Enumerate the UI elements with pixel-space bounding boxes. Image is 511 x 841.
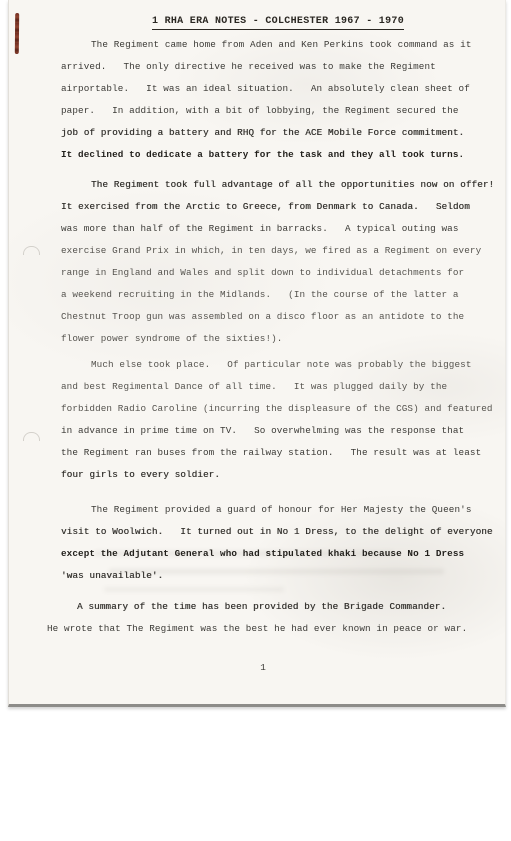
text-line: forbidden Radio Caroline (incurring the … [61,398,501,420]
text-line: paper. In addition, with a bit of lobbyi… [61,100,501,122]
text-line: It exercised from the Arctic to Greece, … [61,196,501,218]
text-line: was more than half of the Regiment in ba… [61,218,501,240]
text-line: The Regiment provided a guard of honour … [61,499,501,521]
text-line: job of providing a battery and RHQ for t… [61,122,501,144]
text-line: a weekend recruiting in the Midlands. (I… [61,284,501,306]
text-line: airportable. It was an ideal situation. … [61,78,501,100]
document-title: 1 RHA ERA NOTES - COLCHESTER 1967 - 1970 [152,16,404,30]
scanned-page: 1 RHA ERA NOTES - COLCHESTER 1967 - 1970… [8,0,506,707]
red-binding-mark [15,13,19,54]
text-line: A summary of the time has been provided … [47,596,501,618]
text-line: The Regiment came home from Aden and Ken… [61,34,501,56]
paragraph-1: The Regiment came home from Aden and Ken… [61,34,501,166]
text-line: exercise Grand Prix in which, in ten day… [61,240,501,262]
paragraph-5: A summary of the time has been provided … [47,596,501,640]
text-line: four girls to every soldier. [61,464,501,486]
scan-background: 1 RHA ERA NOTES - COLCHESTER 1967 - 1970… [0,0,511,841]
text-line: range in England and Wales and split dow… [61,262,501,284]
text-line: Much else took place. Of particular note… [61,354,501,376]
paragraph-3: Much else took place. Of particular note… [61,354,501,486]
text-line: 'was unavailable'. [61,565,501,587]
text-line: arrived. The only directive he received … [61,56,501,78]
text-line: in advance in prime time on TV. So overw… [61,420,501,442]
paragraph-2: The Regiment took full advantage of all … [61,174,501,350]
text-line: The Regiment took full advantage of all … [61,174,501,196]
text-line: and best Regimental Dance of all time. I… [61,376,501,398]
text-line: It declined to dedicate a battery for th… [61,144,501,166]
document-body: The Regiment came home from Aden and Ken… [61,34,501,673]
text-line: the Regiment ran buses from the railway … [61,442,501,464]
text-line: flower power syndrome of the sixties!). [61,328,501,350]
hole-punch-mark-bottom [23,432,40,441]
title-row: 1 RHA ERA NOTES - COLCHESTER 1967 - 1970 [61,10,495,30]
text-line: Chestnut Troop gun was assembled on a di… [61,306,501,328]
text-line: except the Adjutant General who had stip… [61,543,501,565]
hole-punch-mark-top [23,246,40,255]
page-number: 1 [43,662,483,673]
paragraph-4: The Regiment provided a guard of honour … [61,499,501,587]
text-line: visit to Woolwich. It turned out in No 1… [61,521,501,543]
text-line: He wrote that The Regiment was the best … [47,618,501,640]
